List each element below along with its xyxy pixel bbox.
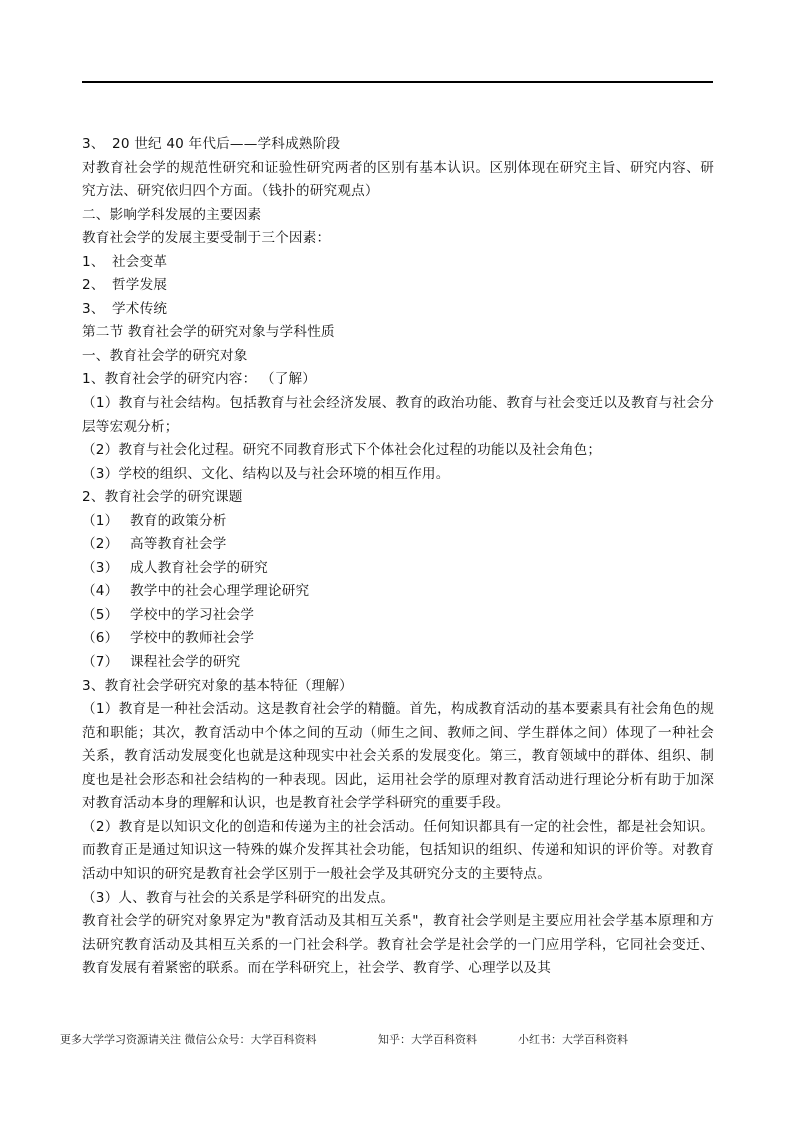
paragraph: （1）教育与社会结构。包括教育与社会经济发展、教育的政治功能、教育与社会变迁以及… <box>82 392 714 439</box>
list-item: （5）学校中的学习社会学 <box>82 604 714 628</box>
list-item: 2、哲学发展 <box>82 274 714 298</box>
section-heading: 二、影响学科发展的主要因素 <box>82 204 714 228</box>
page-footer: 更多大学学习资源请关注 微信公众号：大学百科资料知乎：大学百科资料小红书：大学百… <box>60 1031 740 1047</box>
document-page: 3、20 世纪 40 年代后——学科成熟阶段 对教育社会学的规范性研究和证验性研… <box>0 0 794 1122</box>
text-line: 教育社会学的发展主要受制于三个因素： <box>82 227 714 251</box>
paragraph: （2）教育是以知识文化的创造和传递为主的社会活动。任何知识都具有一定的社会性，都… <box>82 816 714 887</box>
document-body: 3、20 世纪 40 年代后——学科成熟阶段 对教育社会学的规范性研究和证验性研… <box>82 133 714 981</box>
subsection-heading: 3、20 世纪 40 年代后——学科成熟阶段 <box>82 133 714 157</box>
chapter-section-heading: 第二节 教育社会学的研究对象与学科性质 <box>82 321 714 345</box>
text-line: （2）教育与社会化过程。研究不同教育形式下个体社会化过程的功能以及社会角色； <box>82 439 714 463</box>
footer-xiaohongshu: 小红书：大学百科资料 <box>518 1031 628 1047</box>
paragraph: （1）教育是一种社会活动。这是教育社会学的精髓。首先，构成教育活动的基本要素具有… <box>82 698 714 816</box>
paragraph: 教育社会学的研究对象界定为"教育活动及其相互关系"，教育社会学则是主要应用社会学… <box>82 910 714 981</box>
header-rule <box>82 81 713 83</box>
list-item: （6）学校中的教师社会学 <box>82 627 714 651</box>
subsection-heading: 3、教育社会学研究对象的基本特征（理解） <box>82 675 714 699</box>
paragraph: 对教育社会学的规范性研究和证验性研究两者的区别有基本认识。区别体现在研究主旨、研… <box>82 157 714 204</box>
subsection-heading: 1、教育社会学的研究内容： （了解） <box>82 368 714 392</box>
list-item: （1）教育的政策分析 <box>82 510 714 534</box>
list-item: （3）成人教育社会学的研究 <box>82 557 714 581</box>
list-item: （7）课程社会学的研究 <box>82 651 714 675</box>
section-heading: 一、教育社会学的研究对象 <box>82 345 714 369</box>
list-item: 3、学术传统 <box>82 298 714 322</box>
footer-zhihu: 知乎：大学百科资料 <box>378 1031 518 1047</box>
text-line: （3）学校的组织、文化、结构以及与社会环境的相互作用。 <box>82 463 714 487</box>
text-line: （3）人、教育与社会的关系是学科研究的出发点。 <box>82 887 714 911</box>
list-item: （2）高等教育社会学 <box>82 533 714 557</box>
list-item: （4）教学中的社会心理学理论研究 <box>82 580 714 604</box>
footer-wechat: 更多大学学习资源请关注 微信公众号：大学百科资料 <box>60 1031 378 1047</box>
subsection-heading: 2、教育社会学的研究课题 <box>82 486 714 510</box>
list-item: 1、社会变革 <box>82 251 714 275</box>
